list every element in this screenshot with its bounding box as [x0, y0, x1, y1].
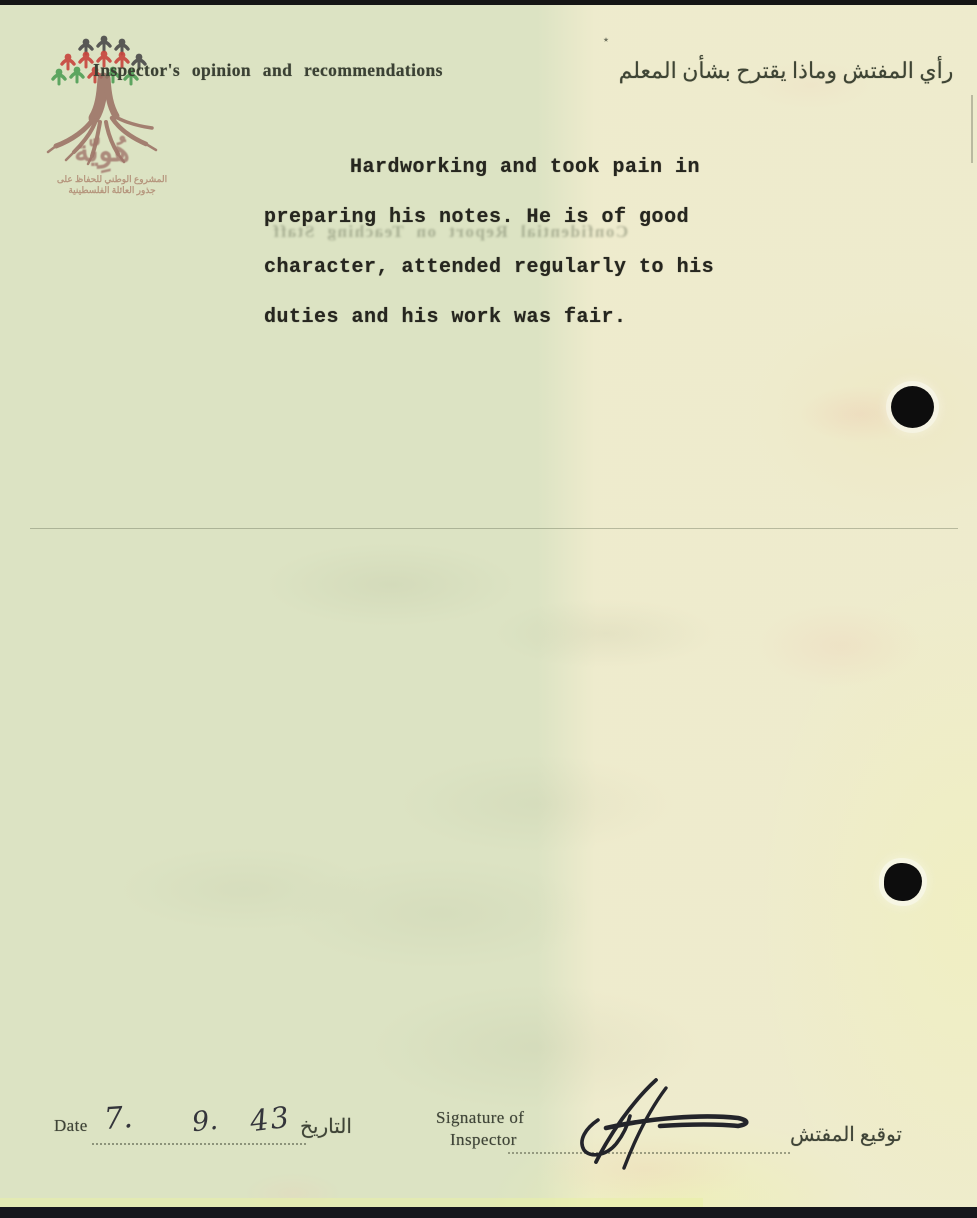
handwritten-date-month: 9. — [190, 1105, 219, 1139]
remarks-line-3: character, attended regularly to his — [264, 243, 714, 293]
scan-edge-top — [0, 0, 977, 5]
punch-hole-bottom — [884, 863, 922, 901]
scan-edge-bottom — [0, 1207, 977, 1218]
header-title-english: Inspector's opinion and recommendations — [93, 60, 443, 81]
signature-label-arabic: توقيع المفتش — [790, 1122, 902, 1147]
scan-edge-mark — [971, 95, 973, 163]
punch-hole-top — [891, 386, 934, 428]
handwritten-date-year: 43 — [248, 1100, 293, 1139]
logo-tagline-line2: جذور العائلة الفلسطينية — [56, 185, 168, 196]
logo-wordmark: هُوِيّة — [54, 134, 150, 169]
remarks-line-2: preparing his notes. He is of good — [264, 193, 714, 243]
remarks-line-4: duties and his work was fair. — [264, 293, 714, 343]
logo-tagline: المشروع الوطني للحفاظ على جذور العائلة ا… — [56, 174, 168, 196]
scan-strip-bottom — [0, 1198, 703, 1207]
remarks-line-1: Hardworking and took pain in — [350, 143, 714, 193]
corner-mark: ٭ — [603, 33, 609, 46]
date-label-english: Date — [54, 1116, 88, 1136]
signature-label-line2: Inspector — [450, 1130, 517, 1150]
scanned-inspection-form: هُوِيّة المشروع الوطني للحفاظ على جذور ا… — [0, 0, 977, 1218]
handwritten-date-day: 7. — [103, 1100, 134, 1137]
inspector-signature — [540, 1076, 790, 1176]
logo-tagline-line1: المشروع الوطني للحفاظ على — [56, 174, 168, 185]
inspector-remarks: Hardworking and took pain in preparing h… — [264, 143, 714, 343]
signature-label-line1: Signature of — [436, 1108, 524, 1128]
header-title-arabic: رأي المفتش وماذا يقترح بشأن المعلم — [608, 58, 964, 84]
date-label-arabic: التاريخ — [300, 1114, 352, 1139]
form-rule-line — [30, 528, 958, 529]
